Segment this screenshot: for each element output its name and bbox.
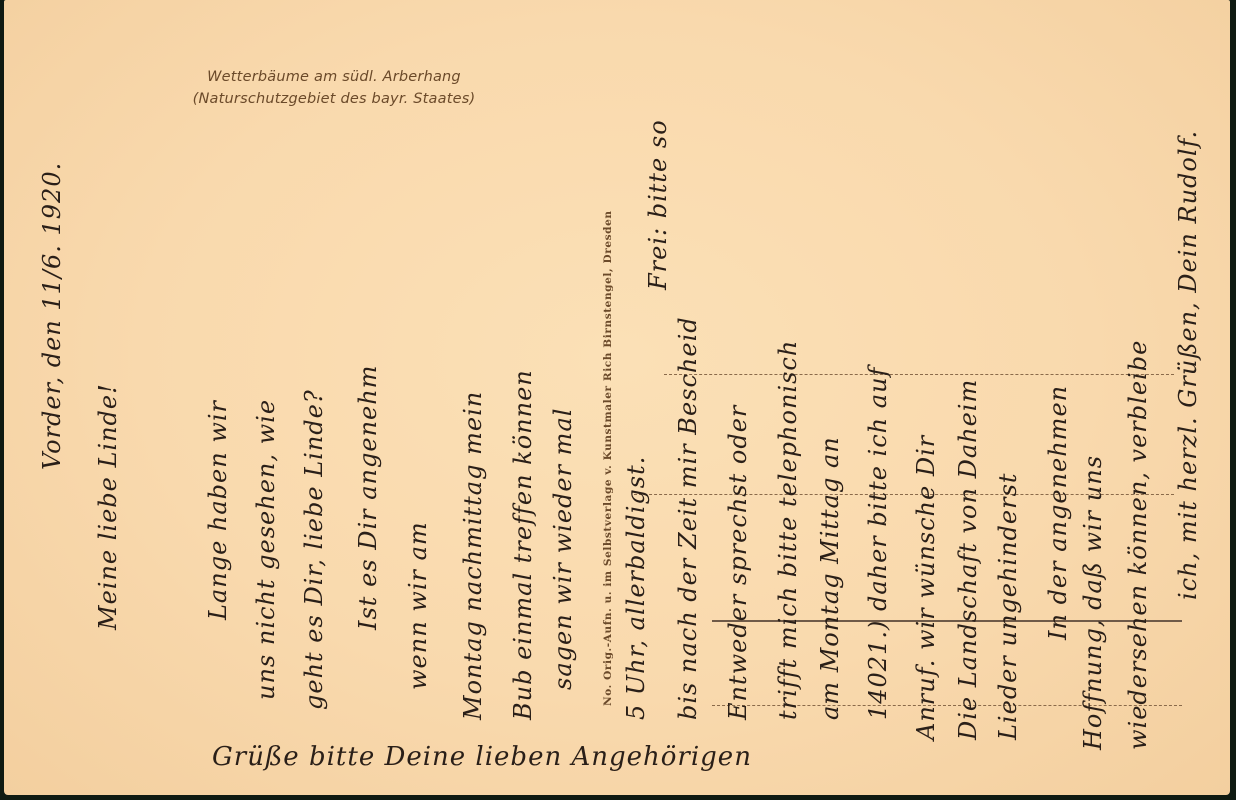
caption-subtitle: (Naturschutzgebiet des bayr. Staates) [159, 88, 509, 110]
handwritten-line: bis nach der Zeit mir Bescheid [674, 316, 702, 720]
handwritten-line: am Montag Mittag an [816, 436, 844, 720]
handwritten-line: Montag nachmittag mein [459, 391, 487, 720]
address-line-1 [664, 374, 1174, 375]
handwritten-line: Hoffnung, daß wir uns [1079, 455, 1107, 750]
handwritten-line: sagen wir wieder mal [549, 408, 577, 690]
handwritten-line: 5 Uhr, allerbaldigst. [622, 456, 650, 720]
caption-title: Wetterbäume am südl. Arberhang [159, 66, 509, 88]
handwritten-line: Lieder ungehinderst [994, 472, 1022, 740]
handwritten-line: In der angenehmen [1044, 385, 1072, 640]
publisher-imprint: No. Orig.-Aufn. u. im Selbstverlage v. K… [602, 210, 614, 706]
handwritten-line: wiedersehen können, verbleibe [1124, 340, 1152, 750]
handwritten-line: ich, mit herzl. Grüßen, Dein Rudolf. [1174, 130, 1202, 600]
printed-caption: Wetterbäume am südl. Arberhang (Natursch… [159, 66, 509, 110]
handwritten-line: wenn wir am [404, 521, 432, 690]
handwritten-line: Entweder sprechst oder [724, 405, 752, 720]
handwritten-line: trifft mich bitte telephonisch [774, 340, 802, 720]
handwritten-line: geht es Dir, liebe Linde? [300, 389, 328, 710]
handwritten-date: Vorder, den 11/6. 1920. [38, 162, 66, 470]
handwritten-line: Bub einmal treffen können [509, 369, 537, 720]
handwritten-closing: Grüße bitte Deine lieben Angehörigen [212, 742, 752, 772]
handwritten-greeting: Meine liebe Linde! [94, 383, 122, 630]
postcard-back: Wetterbäume am südl. Arberhang (Natursch… [4, 0, 1230, 795]
handwritten-line: Anruf. wir wünsche Dir [912, 435, 940, 740]
handwritten-line: Lange haben wir [204, 400, 232, 620]
handwritten-line: uns nicht gesehen, wie [252, 399, 280, 700]
handwritten-line: 14021.) daher bitte ich auf [864, 367, 892, 720]
handwritten-line: Frei: bitte so [644, 119, 672, 290]
handwritten-line: Ist es Dir angenehm [354, 365, 382, 630]
handwritten-line: Die Landschaft von Daheim [954, 379, 982, 740]
